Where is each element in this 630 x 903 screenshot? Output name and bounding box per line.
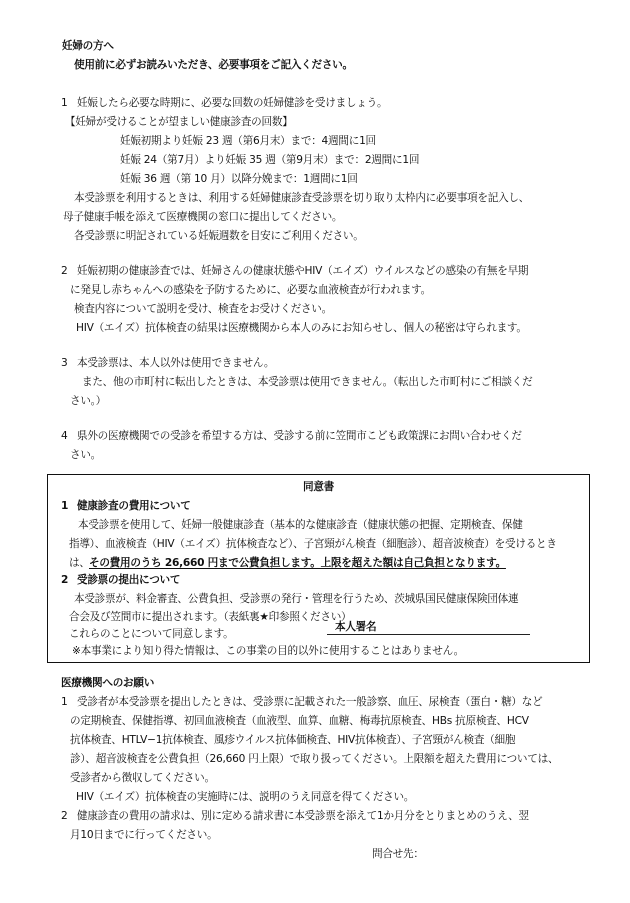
medical-text: の定期検査、保健指導、初回血液検査（血液型、血算、血糖、梅毒抗原検査、HBs 抗… (70, 714, 529, 728)
section-text: HIV（エイズ）抗体検査の結果は医療機関から本人のみにお知らせし、個人の秘密は守… (76, 321, 527, 335)
consent-item-number: 1 (61, 499, 68, 513)
consent-item-heading: 受診票の提出について (77, 573, 180, 587)
section-number: 4 (61, 429, 68, 443)
section-text: に発見し赤ちゃんへの感染を予防するために、必要な血液検査が行われます。 (70, 283, 431, 297)
section-number: 3 (61, 356, 68, 370)
section-text: また、他の市町村に転出したときは、本受診票は使用できません。（転出した市町村にご… (82, 375, 532, 389)
section-text: 本受診票を利用するときは、利用する妊婦健康診査受診票を切り取り太枠内に必要事項を… (74, 191, 529, 205)
consent-emphasis: その費用のうち 26,660 円まで公費負担します。上限を超えた額は自己負担とな… (89, 556, 506, 570)
schedule-row: 妊娠 24（第7月）より妊娠 35 週（第9月末）まで：2週間に1回 (120, 153, 419, 167)
consent-title: 同意書 (303, 480, 334, 494)
consent-text: 本受診票を使用して、妊婦一般健康診査（基本的な健康診査（健康状態の把握、定期検査… (78, 518, 523, 532)
section-text: 母子健康手帳を添えて医療機関の窓口に提出してください。 (63, 210, 342, 224)
consent-item-number: 2 (61, 573, 68, 587)
consent-text: 指導）、血液検査（HIV（エイズ）抗体検査など）、子宮頸がん検査（細胞診）、超音… (69, 537, 557, 551)
section-text: 妊娠したら必要な時期に、必要な回数の妊婦健診を受けましょう。 (77, 96, 387, 110)
medical-text: 受診者から徴収してください。 (70, 771, 215, 785)
schedule-row: 妊娠 36 週（第 10 月）以降分娩まで：1週間に1回 (120, 172, 358, 186)
medical-text: 抗体検査、HTLV−1抗体検査、風疹ウイルス抗体価検査、HIV抗体検査）、子宮頸… (70, 733, 515, 747)
schedule-row: 妊娠初期より妊娠 23 週（第6月末）まで：4週間に1回 (120, 134, 376, 148)
consent-agree-text: これらのことについて同意します。 (69, 627, 233, 641)
section-text: 検査内容について説明を受け、検査をお受けください。 (74, 302, 332, 316)
section-text: 本受診票は、本人以外は使用できません。 (77, 356, 274, 370)
section-text: 各受診票に明記されている妊娠週数を目安にご利用ください。 (74, 229, 364, 243)
medical-item-number: 2 (61, 809, 68, 823)
section-text: さい。 (70, 448, 101, 462)
medical-item-number: 1 (61, 695, 68, 709)
consent-text: 本受診票が、料金審査、公費負担、受診票の発行・管理を行うため、茨城県国民健康保険… (74, 592, 518, 606)
section-text: 妊娠初期の健康診査では、妊婦さんの健康状態やHIV（エイズ）ウイルスなどの感染の… (77, 264, 528, 278)
medical-text: 受診者が本受診票を提出したときは、受診票に記載された一般診察、血圧、尿検査（蛋白… (77, 695, 542, 709)
section-subheading: 【妊婦が受けることが望ましい健康診査の回数】 (65, 115, 293, 129)
section-text: 県外の医療機関での受診を希望する方は、受診する前に笠間市こども政策課にお問い合わ… (77, 429, 522, 443)
section-number: 2 (61, 264, 68, 278)
signature-label: 本人署名 (335, 620, 376, 634)
medical-text: 月10日までに行ってください。 (70, 828, 217, 842)
medical-text: 診）、超音波検査を公費負担（26,660 円上限）で取り扱ってください。上限額を… (70, 752, 558, 766)
contact-label: 問合せ先： (372, 847, 424, 861)
consent-note: ※本事業により知り得た情報は、この事業の目的以外に使用することはありません。 (72, 644, 464, 658)
consent-item-heading: 健康診査の費用について (77, 499, 191, 513)
medical-section-title: 医療機関へのお願い (61, 676, 154, 690)
page-subtitle: 使用前に必ずお読みいただき、必要事項をご記入ください。 (74, 58, 353, 72)
consent-text: は、 (69, 556, 90, 570)
section-text: さい。） (70, 394, 106, 408)
signature-field[interactable] (327, 634, 530, 635)
page-title: 妊婦の方へ (62, 39, 114, 53)
consent-text: 合会及び笠間市に提出されます。（表紙裏★印参照ください） (69, 610, 351, 624)
section-number: 1 (61, 96, 68, 110)
medical-text: HIV（エイズ）抗体検査の実施時には、説明のうえ同意を得てください。 (76, 790, 414, 804)
medical-text: 健康診査の費用の請求は、別に定める請求書に本受診票を添えて1か月分をとりまとめの… (77, 809, 529, 823)
